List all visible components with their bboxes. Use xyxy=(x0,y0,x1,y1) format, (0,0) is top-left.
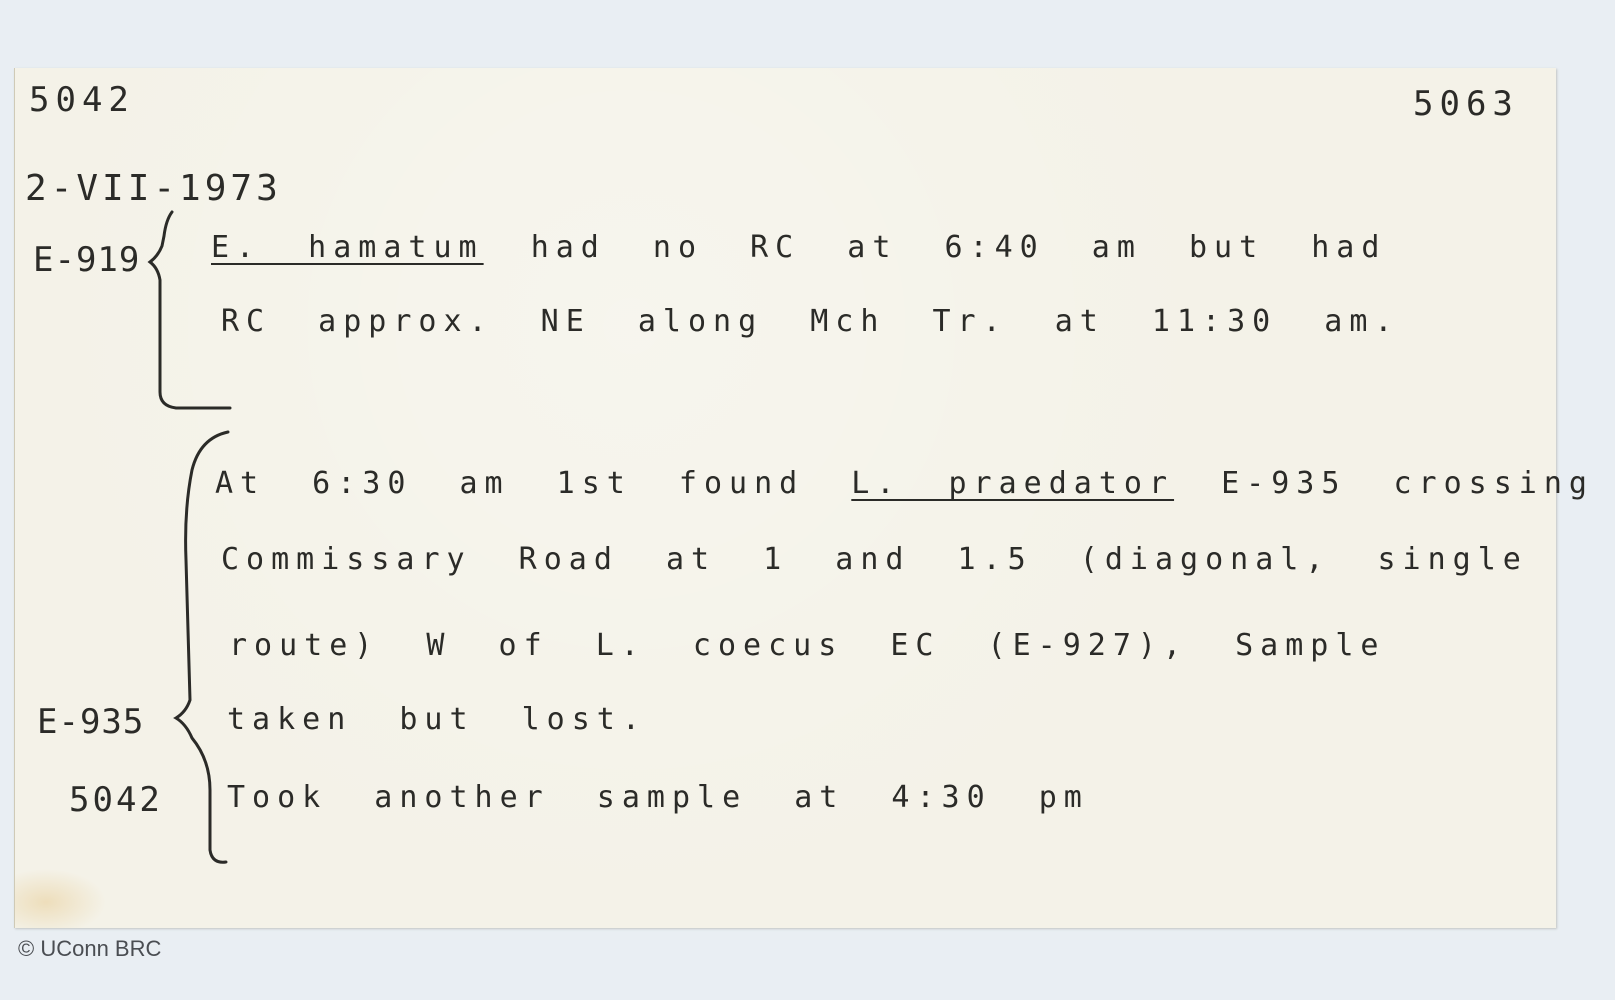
brace-e919-icon xyxy=(150,212,230,408)
bracket-marks xyxy=(0,0,1615,1000)
copyright-watermark: © UConn BRC xyxy=(18,936,161,962)
brace-e935-icon xyxy=(176,432,228,862)
